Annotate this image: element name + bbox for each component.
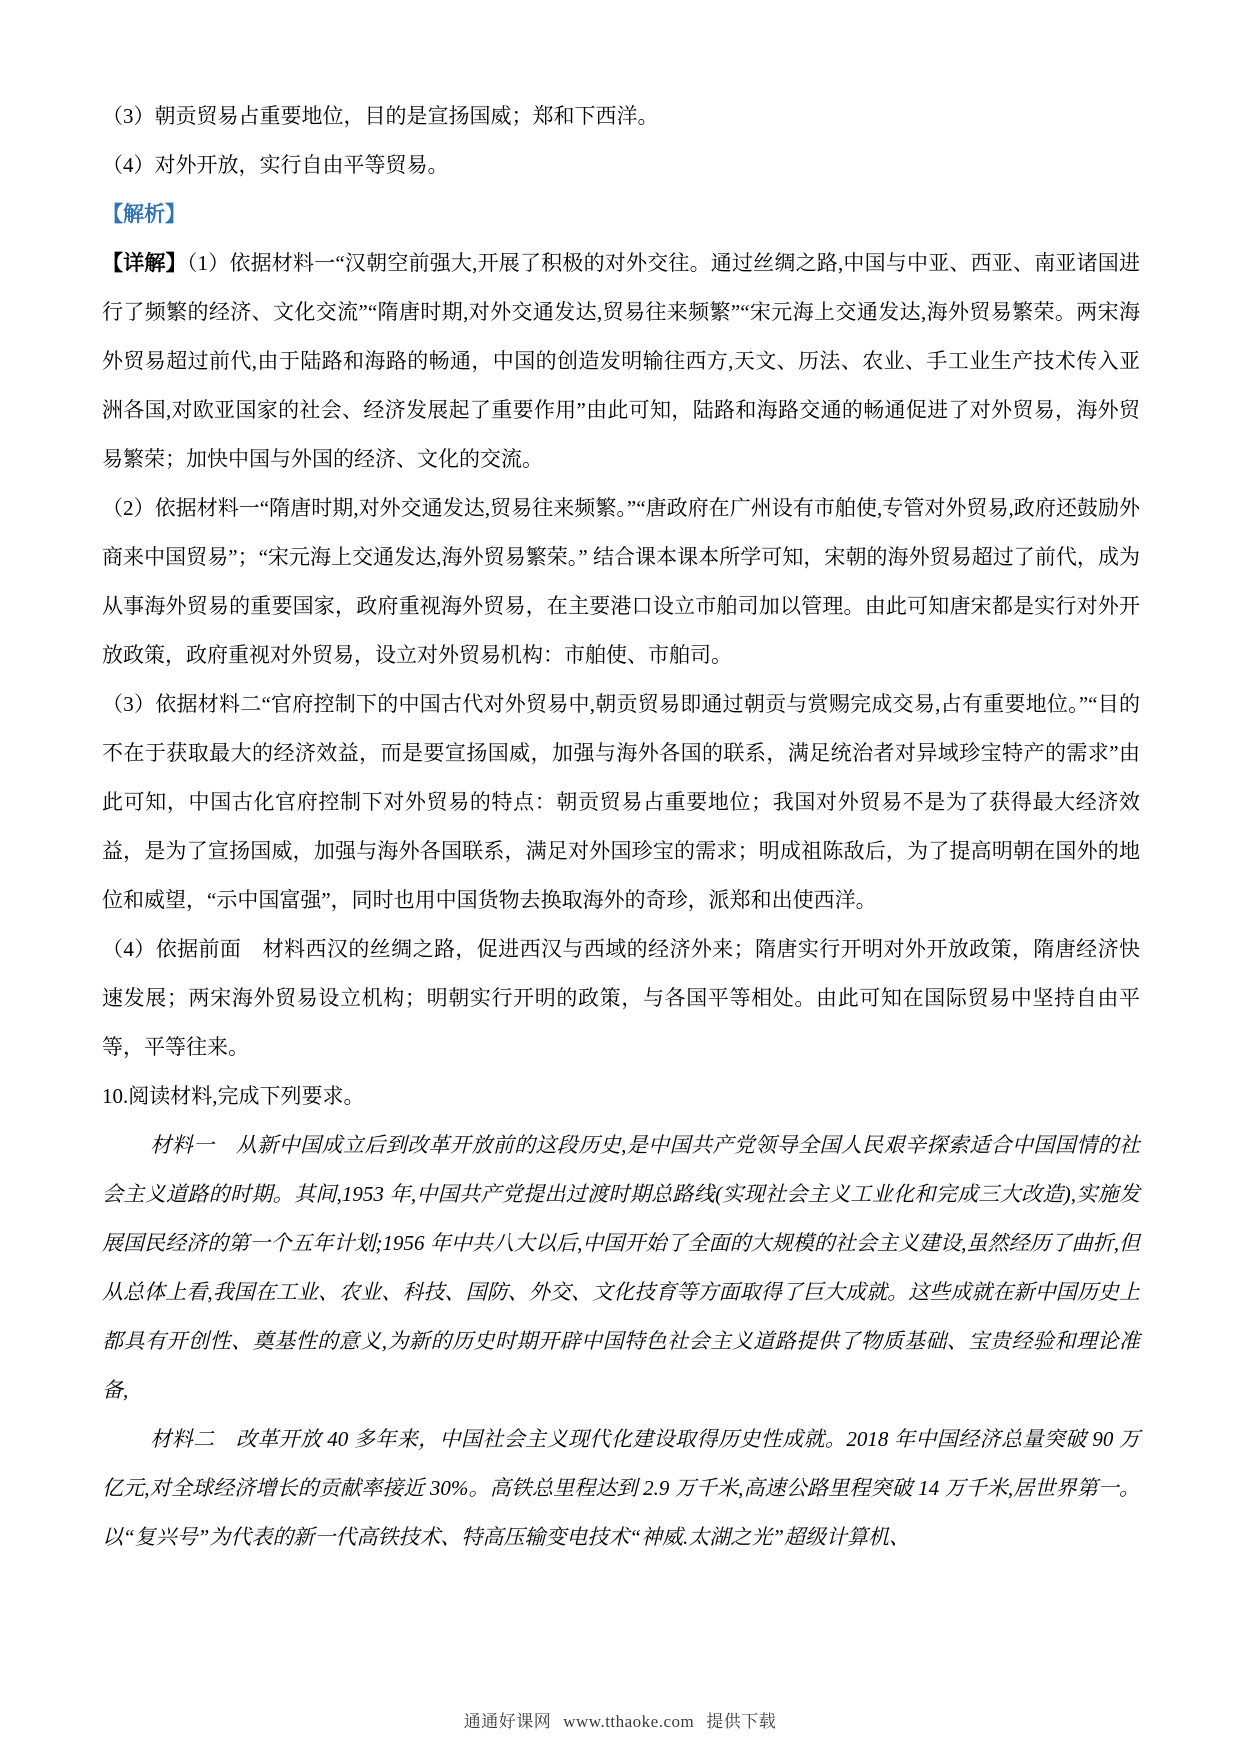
- detail-text-1: （1）依据材料一“汉朝空前强大,开展了积极的对外交往。通过丝绸之路,中国与中亚、…: [102, 251, 1140, 471]
- page-footer: 通通好课网www.tthaoke.com提供下载: [0, 1707, 1240, 1732]
- question-10-material-1: 材料一 从新中国成立后到改革开放前的这段历史,是中国共产党领导全国人民艰辛探索适…: [102, 1121, 1140, 1415]
- detail-label: 【详解】: [102, 251, 187, 275]
- analysis-label: 【解析】: [102, 190, 1140, 239]
- answer-line-4: （4）对外开放，实行自由平等贸易。: [102, 141, 1140, 190]
- question-10-material-2: 材料二 改革开放 40 多年来，中国社会主义现代化建设取得历史性成就。2018 …: [102, 1415, 1140, 1562]
- footer-url: www.tthaoke.com: [563, 1712, 694, 1731]
- document-page: （3）朝贡贸易占重要地位，目的是宣扬国威；郑和下西洋。 （4）对外开放，实行自由…: [0, 0, 1240, 1754]
- footer-site-name: 通通好课网: [464, 1712, 552, 1731]
- detail-paragraph-1: 【详解】（1）依据材料一“汉朝空前强大,开展了积极的对外交往。通过丝绸之路,中国…: [102, 239, 1140, 484]
- analysis-label-text: 【解析】: [102, 202, 186, 226]
- detail-paragraph-3: （3）依据材料二“官府控制下的中国古代对外贸易中,朝贡贸易即通过朝贡与赏赐完成交…: [102, 680, 1140, 925]
- document-content: （3）朝贡贸易占重要地位，目的是宣扬国威；郑和下西洋。 （4）对外开放，实行自由…: [0, 0, 1240, 1562]
- detail-paragraph-4: （4）依据前面 材料西汉的丝绸之路，促进西汉与西域的经济外来；隋唐实行开明对外开…: [102, 925, 1140, 1072]
- detail-paragraph-2: （2）依据材料一“隋唐时期,对外交通发达,贸易往来频繁。”“唐政府在广州设有市舶…: [102, 484, 1140, 680]
- answer-line-3: （3）朝贡贸易占重要地位，目的是宣扬国威；郑和下西洋。: [102, 92, 1140, 141]
- question-10-stem: 10.阅读材料,完成下列要求。: [102, 1072, 1140, 1121]
- footer-download-suffix: 提供下载: [706, 1712, 776, 1731]
